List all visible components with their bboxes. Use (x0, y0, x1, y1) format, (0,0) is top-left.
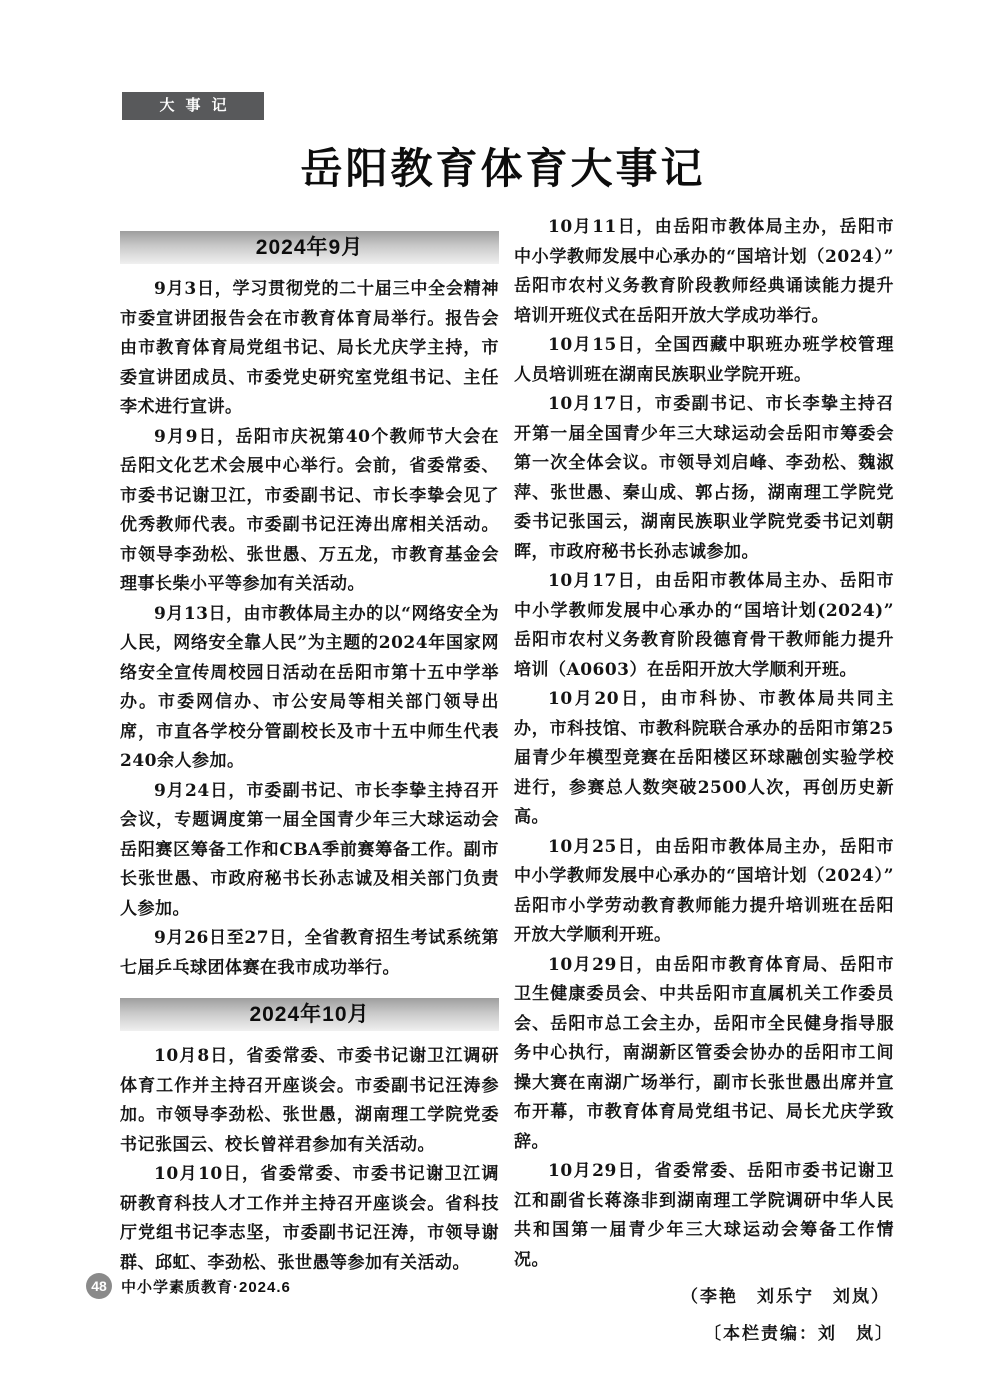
page-title: 岳阳教育体育大事记 (0, 136, 1006, 196)
event-paragraph: 10月17日，市委副书记、市长李挚主持召开第一届全国青少年三大球运动会岳阳市筹委… (514, 390, 894, 567)
event-paragraph: 10月17日，由岳阳市教体局主办、岳阳市中小学教师发展中心承办的“国培计划(20… (514, 567, 894, 685)
event-paragraph: 10月25日，由岳阳市教体局主办，岳阳市中小学教师发展中心承办的“国培计划（20… (514, 833, 894, 951)
page-footer: 48 中小学素质教育·2024.6 (86, 1273, 291, 1299)
event-paragraph: 10月11日，由岳阳市教体局主办，岳阳市中小学教师发展中心承办的“国培计划（20… (514, 213, 894, 331)
column-tag: 大事记 (122, 92, 264, 120)
event-paragraph: 10月20日，由市科协、市教体局共同主办，市科技馆、市教科院联合承办的岳阳市第2… (514, 685, 894, 833)
event-paragraph: 9月26日至27日，全省教育招生考试系统第七届乒乓球团体赛在我市成功举行。 (120, 924, 499, 983)
editor-credit: 〔本栏责编：刘 岚〕 (514, 1318, 894, 1351)
section-header-october: 2024年10月 (120, 998, 499, 1031)
event-paragraph: 9月3日，学习贯彻党的二十届三中全会精神市委宣讲团报告会在市教育体育局举行。报告… (120, 275, 499, 423)
event-paragraph: 10月15日，全国西藏中职班办班学校管理人员培训班在湖南民族职业学院开班。 (514, 331, 894, 390)
two-column-layout: 2024年9月 9月3日，学习贯彻党的二十届三中全会精神市委宣讲团报告会在市教育… (120, 213, 894, 1351)
event-paragraph: 9月13日，由市教体局主办的以“网络安全为人民，网络安全靠人民”为主题的2024… (120, 600, 499, 777)
event-paragraph: 10月10日，省委常委、市委书记谢卫江调研教育科技人才工作并主持召开座谈会。省科… (120, 1160, 499, 1278)
left-column: 2024年9月 9月3日，学习贯彻党的二十届三中全会精神市委宣讲团报告会在市教育… (120, 213, 499, 1351)
page-number-badge: 48 (86, 1273, 112, 1299)
event-paragraph: 9月9日，岳阳市庆祝第40个教师节大会在岳阳文化艺术会展中心举行。会前，省委常委… (120, 423, 499, 600)
section-header-september: 2024年9月 (120, 231, 499, 264)
authors-credit: （李艳 刘乐宁 刘岚） (514, 1281, 894, 1314)
right-column: 10月11日，由岳阳市教体局主办，岳阳市中小学教师发展中心承办的“国培计划（20… (514, 213, 894, 1351)
event-paragraph: 10月29日，由岳阳市教育体育局、岳阳市卫生健康委员会、中共岳阳市直属机关工作委… (514, 951, 894, 1158)
journal-name: 中小学素质教育·2024.6 (121, 1276, 291, 1297)
event-paragraph: 9月24日，市委副书记、市长李挚主持召开会议，专题调度第一届全国青少年三大球运动… (120, 777, 499, 925)
event-paragraph: 10月29日，省委常委、岳阳市委书记谢卫江和副省长蒋涤非到湖南理工学院调研中华人… (514, 1157, 894, 1275)
magazine-page: 大事记 岳阳教育体育大事记 2024年9月 9月3日，学习贯彻党的二十届三中全会… (0, 0, 1006, 1375)
event-paragraph: 10月8日，省委常委、市委书记谢卫江调研体育工作并主持召开座谈会。市委副书记汪涛… (120, 1042, 499, 1160)
